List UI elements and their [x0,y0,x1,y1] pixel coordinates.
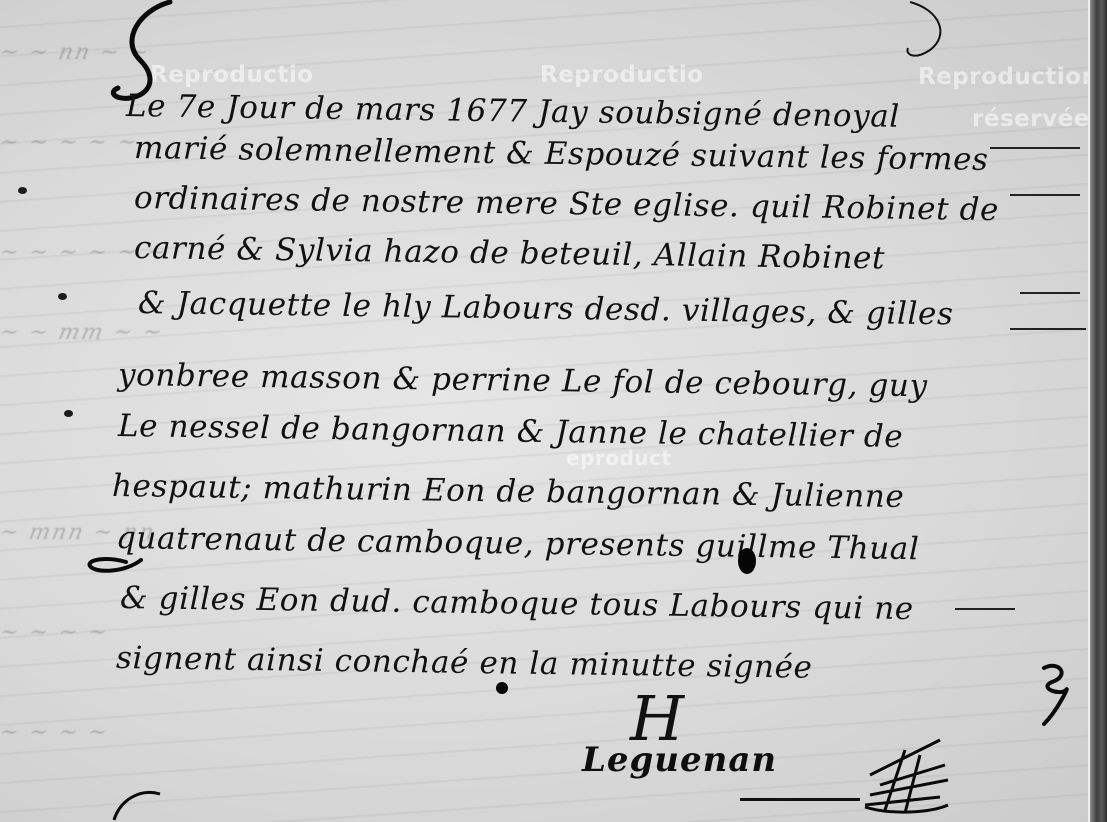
ink-blot [738,548,756,574]
bleed-through-text: ~ ~ mm ~ ~ [0,320,166,345]
signature-paraph-icon [860,735,950,815]
watermark: Reproductio [540,62,704,88]
manuscript-line-8: hespaut; mathurin Eon de bangornan & Jul… [112,468,905,515]
line-end-dash [1020,292,1080,294]
manuscript-line-2: marié solemnellement & Espouzé suivant l… [134,130,989,178]
manuscript-line-3: ordinaires de nostre mere Ste eglise. qu… [134,180,1000,228]
manuscript-line-7: Le nessel de bangornan & Janne le chatel… [118,408,904,455]
bleed-through-text: ~ ~ ~ ~ [0,720,111,745]
ink-blot [496,682,508,694]
margin-mark [64,410,73,417]
line-end-dash [990,147,1080,149]
bleed-through-text: ~ ~ ~ ~ [0,620,111,645]
margin-mark [58,293,67,300]
watermark: réservée [972,106,1090,132]
margin-flourish-icon [86,540,146,580]
manuscript-line-5: & Jacquette le hly Labours desd. village… [138,285,954,332]
closing-flourish-icon [1030,660,1080,730]
manuscript-line-10: & gilles Eon dud. camboque tous Labours … [120,580,914,627]
manuscript-line-9: quatrenaut de camboque, presents guillme… [116,520,920,567]
line-end-dash [955,608,1015,610]
manuscript-line-6: yonbree masson & perrine Le fol de cebou… [118,357,928,404]
manuscript-line-1: Le 7e Jour de mars 1677 Jay soubsigné de… [126,88,900,135]
bottom-flourish-icon [110,780,170,822]
signature-name: Leguenan [582,740,777,780]
line-end-dash [1010,328,1086,330]
margin-mark [18,187,27,194]
manuscript-page: ~ ~ nn ~ ~ ~ ~ ~ ~ ~ ~ ~ ~ ~ ~ ~ ~ ~ mm … [0,0,1090,822]
bleed-through-text: ~ ~ ~ ~ ~ [0,130,141,155]
signature-underline [740,798,860,801]
page-binding-edge [1088,0,1107,822]
line-end-dash [1010,194,1080,196]
manuscript-line-4: carné & Sylvia hazo de beteuil, Allain R… [134,230,886,276]
top-right-flourish-icon [880,0,960,70]
manuscript-line-11: signent ainsi conchaé en la minutte sign… [116,640,813,686]
